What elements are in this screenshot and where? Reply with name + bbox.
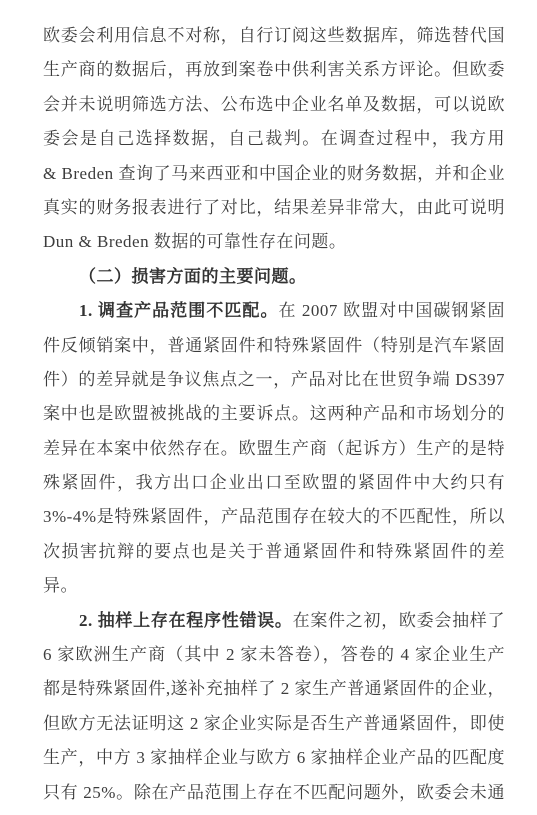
text-run: 生产，中方 3 家抽样企业与欧方 6 家抽样企业产品的匹配度	[43, 748, 505, 767]
text-run: 3%-4%是特殊紧固件，产品范围存在较大的不匹配性，所以本	[43, 507, 505, 534]
text-line: 生产，中方 3 家抽样企业与欧方 6 家抽样企业产品的匹配度	[43, 741, 505, 775]
text-line: & Breden 查询了马来西亚和中国企业的财务数据，并和企业	[43, 157, 505, 191]
text-run: 但欧方无法证明这 2 家企业实际是否生产普通紧固件，即使	[43, 714, 505, 733]
text-line: 委会是自己选择数据，自己裁判。在调查过程中，我方用 Dun	[43, 122, 505, 156]
text-run: 件反倾销案中，普通紧固件和特殊紧固件（特别是汽车紧固	[43, 336, 505, 355]
text-run: 真实的财务报表进行了对比，结果差异非常大，由此可说明	[43, 198, 505, 217]
text-run: 只有 25%。除在产品范围上存在不匹配问题外，欧委会未通	[43, 783, 505, 802]
bold-text-run: 1. 调查产品范围不匹配。	[79, 301, 279, 320]
text-line: 案中也是欧盟被挑战的主要诉点。这两种产品和市场划分的	[43, 397, 505, 431]
text-line: 真实的财务报表进行了对比，结果差异非常大，由此可说明	[43, 191, 505, 225]
text-run: 案中也是欧盟被挑战的主要诉点。这两种产品和市场划分的	[43, 404, 505, 423]
document-page: 欧委会利用信息不对称，自行订阅这些数据库，筛选替代国生产商的数据后，再放到案卷中…	[0, 0, 537, 815]
text-run: 在案件之初，欧委会抽样了	[293, 611, 505, 630]
text-run: 件）的差异就是争议焦点之一，产品对比在世贸争端 DS397	[43, 370, 505, 389]
text-line: 但欧方无法证明这 2 家企业实际是否生产普通紧固件，即使	[43, 707, 505, 741]
document-text-block: 欧委会利用信息不对称，自行订阅这些数据库，筛选替代国生产商的数据后，再放到案卷中…	[43, 19, 505, 810]
text-run: 委会是自己选择数据，自己裁判。在调查过程中，我方用 Dun	[43, 129, 505, 156]
bold-text-run: （二）损害方面的主要问题。	[79, 267, 307, 286]
text-line: 差异在本案中依然存在。欧盟生产商（起诉方）生产的是特	[43, 432, 505, 466]
text-line: 异。	[43, 569, 505, 603]
text-line: 1. 调查产品范围不匹配。在 2007 欧盟对中国碳钢紧固	[43, 294, 505, 328]
text-line: 2. 抽样上存在程序性错误。在案件之初，欧委会抽样了	[43, 604, 505, 638]
text-line: 3%-4%是特殊紧固件，产品范围存在较大的不匹配性，所以本	[43, 500, 505, 534]
text-run: 殊紧固件，我方出口企业出口至欧盟的紧固件中大约只有	[43, 473, 505, 492]
text-run: 欧委会利用信息不对称，自行订阅这些数据库，筛选替代国	[43, 26, 505, 45]
text-line: 次损害抗辩的要点也是关于普通紧固件和特殊紧固件的差	[43, 535, 505, 569]
section-heading-line: （二）损害方面的主要问题。	[43, 260, 505, 294]
text-run: 6 家欧洲生产商（其中 2 家未答卷），答卷的 4 家企业生产的	[43, 645, 505, 672]
text-line: 6 家欧洲生产商（其中 2 家未答卷），答卷的 4 家企业生产的	[43, 638, 505, 672]
text-run: 异。	[43, 576, 78, 595]
text-run: Dun & Breden 数据的可靠性存在问题。	[43, 232, 346, 251]
text-run: 差异在本案中依然存在。欧盟生产商（起诉方）生产的是特	[43, 439, 505, 458]
text-line: 件反倾销案中，普通紧固件和特殊紧固件（特别是汽车紧固	[43, 329, 505, 363]
text-line: 只有 25%。除在产品范围上存在不匹配问题外，欧委会未通	[43, 776, 505, 810]
text-run: 次损害抗辩的要点也是关于普通紧固件和特殊紧固件的差	[43, 542, 505, 561]
text-line: 会并未说明筛选方法、公布选中企业名单及数据，可以说欧	[43, 88, 505, 122]
text-run: 会并未说明筛选方法、公布选中企业名单及数据，可以说欧	[43, 95, 505, 114]
text-line: 生产商的数据后，再放到案卷中供利害关系方评论。但欧委	[43, 53, 505, 87]
text-run: 在 2007 欧盟对中国碳钢紧固	[279, 301, 506, 320]
text-run: & Breden 查询了马来西亚和中国企业的财务数据，并和企业	[43, 164, 505, 183]
text-line: 欧委会利用信息不对称，自行订阅这些数据库，筛选替代国	[43, 19, 505, 53]
text-line: 殊紧固件，我方出口企业出口至欧盟的紧固件中大约只有	[43, 466, 505, 500]
text-line: 都是特殊紧固件,遂补充抽样了 2 家生产普通紧固件的企业，	[43, 672, 505, 706]
bold-text-run: 2. 抽样上存在程序性错误。	[79, 611, 293, 630]
text-line: Dun & Breden 数据的可靠性存在问题。	[43, 225, 505, 259]
text-run: 生产商的数据后，再放到案卷中供利害关系方评论。但欧委	[43, 60, 505, 79]
text-run: 都是特殊紧固件,遂补充抽样了 2 家生产普通紧固件的企业，	[43, 679, 505, 698]
text-line: 件）的差异就是争议焦点之一，产品对比在世贸争端 DS397	[43, 363, 505, 397]
